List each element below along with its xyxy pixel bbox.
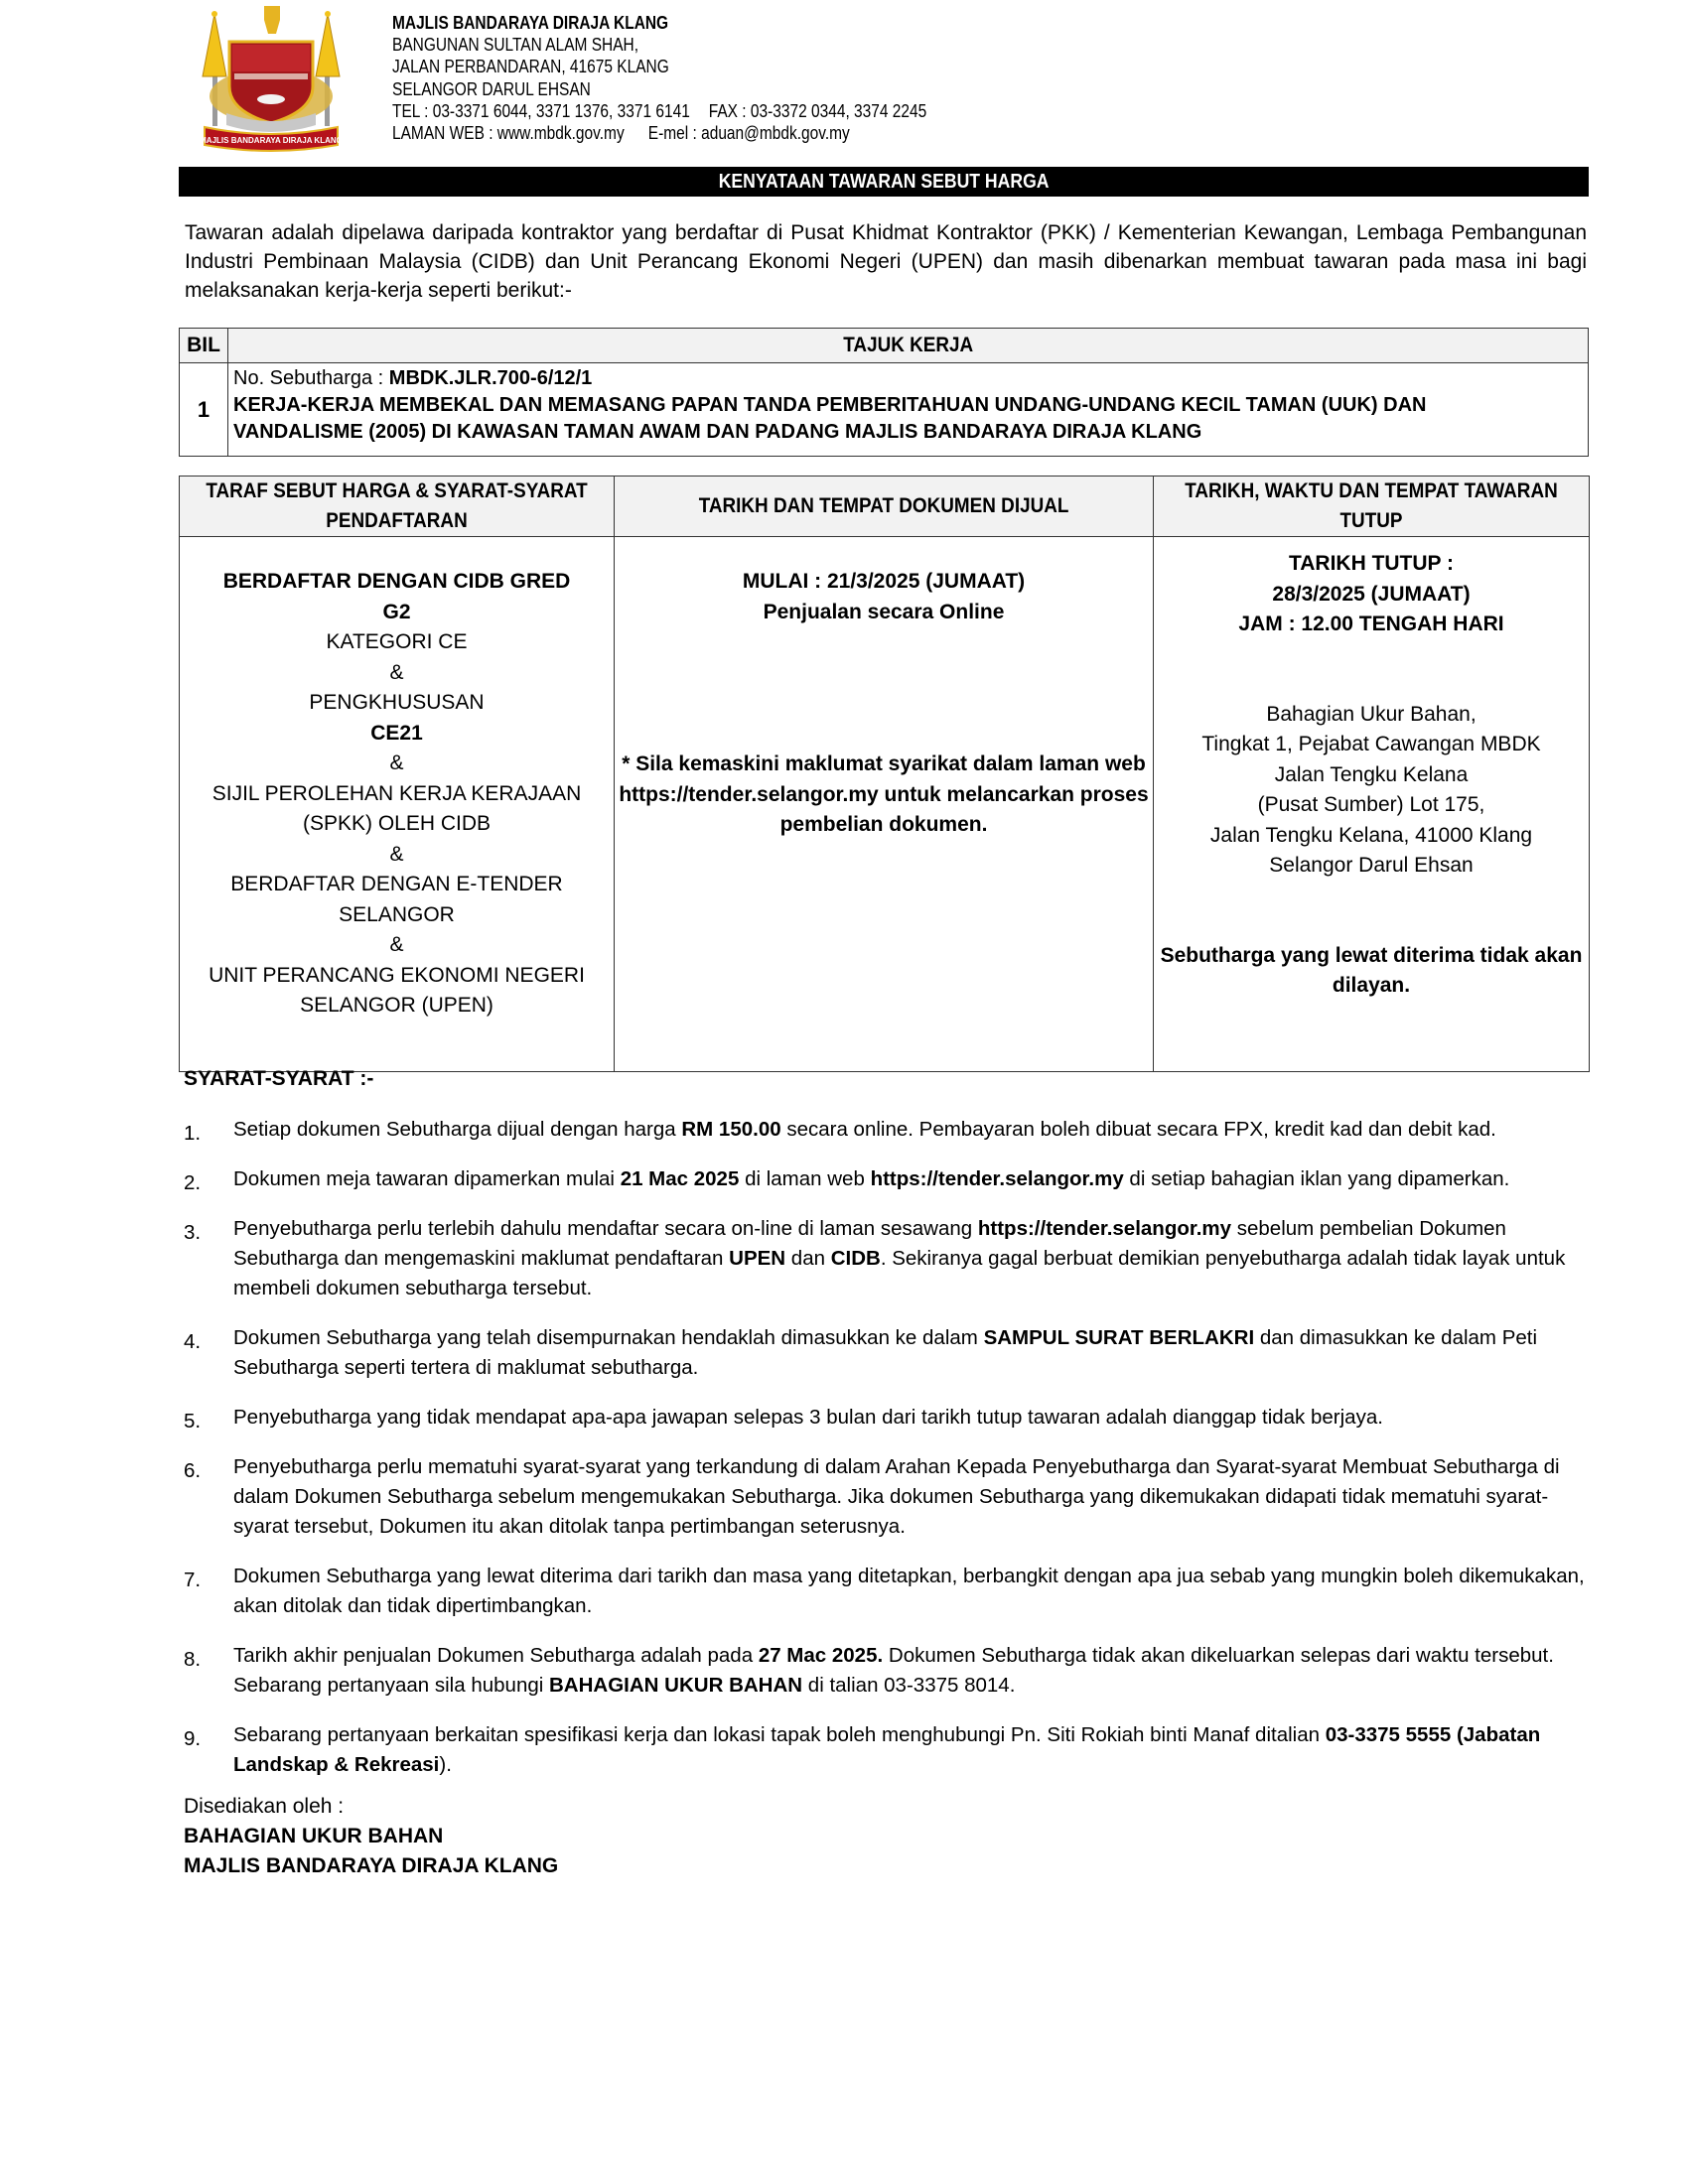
contact-phone-fax: TEL : 03-3371 6044, 3371 1376, 3371 6141…: [392, 100, 926, 122]
prepared-by-department: BAHAGIAN UKUR BAHAN: [184, 1822, 558, 1851]
fax: FAX : 03-3372 0344, 3374 2245: [709, 101, 926, 121]
table-row: 1 No. Sebutharga : MBDK.JLR.700-6/12/1 K…: [180, 363, 1589, 457]
category: KATEGORI CE: [180, 627, 614, 658]
letterhead: MAJLIS BANDARAYA DIRAJA KLANG BANGUNAN S…: [392, 12, 926, 144]
telephone: TEL : 03-3371 6044, 3371 1376, 3371 6141: [392, 101, 690, 121]
header-registration: TARAF SEBUT HARGA & SYARAT-SYARAT PENDAF…: [180, 477, 615, 537]
work-title-line-2: VANDALISME (2005) DI KAWASAN TAMAN AWAM …: [233, 421, 1201, 443]
condition-number: 6.: [184, 1456, 201, 1486]
details-table-header: TARAF SEBUT HARGA & SYARAT-SYARAT PENDAF…: [180, 477, 1590, 537]
closing-date: 28/3/2025 (JUMAAT): [1154, 580, 1589, 611]
condition-text: Setiap dokumen Sebutharga dijual dengan …: [233, 1115, 1589, 1145]
condition-number: 5.: [184, 1407, 201, 1436]
condition-item: 3.Penyebutharga perlu terlebih dahulu me…: [184, 1214, 1589, 1303]
condition-item: 6.Penyebutharga perlu mematuhi syarat-sy…: [184, 1452, 1589, 1542]
quotation-ref: No. Sebutharga : MBDK.JLR.700-6/12/1: [233, 365, 1584, 392]
tender-portal-link[interactable]: https://tender.selangor.my: [871, 1167, 1124, 1190]
condition-text: Penyebutharga yang tidak mendapat apa-ap…: [233, 1403, 1589, 1433]
header-bil: BIL: [180, 329, 228, 363]
condition-number: 7.: [184, 1566, 201, 1595]
closing-details: TARIKH TUTUP : 28/3/2025 (JUMAAT) JAM : …: [1154, 537, 1590, 1072]
org-name: MAJLIS BANDARAYA DIRAJA KLANG: [392, 12, 926, 34]
address-line-3: SELANGOR DARUL EHSAN: [392, 78, 926, 100]
header-tajuk-kerja: TAJUK KERJA: [228, 329, 1589, 363]
header-closing: TARIKH, WAKTU DAN TEMPAT TAWARAN TUTUP: [1154, 477, 1590, 537]
condition-number: 2.: [184, 1168, 201, 1198]
work-description: No. Sebutharga : MBDK.JLR.700-6/12/1 KER…: [228, 363, 1589, 457]
late-submission-note: Sebutharga yang lewat diterima tidak aka…: [1154, 941, 1589, 972]
condition-item: 7.Dokumen Sebutharga yang lewat diterima…: [184, 1562, 1589, 1621]
condition-number: 4.: [184, 1327, 201, 1357]
condition-number: 1.: [184, 1119, 201, 1149]
document-title: KENYATAAN TAWARAN SEBUT HARGA: [719, 167, 1050, 197]
cidb-grade: G2: [180, 598, 614, 628]
mbdk-crest-logo: MAJLIS BANDARAYA DIRAJA KLANG: [195, 2, 348, 153]
condition-item: 2.Dokumen meja tawaran dipamerkan mulai …: [184, 1164, 1589, 1194]
condition-item: 5.Penyebutharga yang tidak mendapat apa-…: [184, 1403, 1589, 1433]
specialisation-code: CE21: [180, 719, 614, 750]
condition-number: 3.: [184, 1218, 201, 1248]
sale-details: MULAI : 21/3/2025 (JUMAAT) Penjualan sec…: [615, 537, 1154, 1072]
table-row: BERDAFTAR DENGAN CIDB GRED G2 KATEGORI C…: [180, 537, 1590, 1072]
condition-text: Dokumen Sebutharga yang lewat diterima d…: [233, 1562, 1589, 1621]
website-link[interactable]: LAMAN WEB : www.mbdk.gov.my: [392, 123, 625, 143]
address-line-1: BANGUNAN SULTAN ALAM SHAH,: [392, 34, 926, 56]
sale-method: Penjualan secara Online: [615, 598, 1153, 628]
sale-start-date: MULAI : 21/3/2025 (JUMAAT): [615, 567, 1153, 598]
condition-item: 9.Sebarang pertanyaan berkaitan spesifik…: [184, 1720, 1589, 1780]
tender-portal-link[interactable]: https://tender.selangor.my: [978, 1217, 1231, 1240]
svg-text:MAJLIS BANDARAYA DIRAJA KLANG: MAJLIS BANDARAYA DIRAJA KLANG: [200, 136, 343, 145]
address-line-2: JALAN PERBANDARAN, 41675 KLANG: [392, 56, 926, 77]
condition-text: Dokumen Sebutharga yang telah disempurna…: [233, 1323, 1589, 1383]
document-title-bar: KENYATAAN TAWARAN SEBUT HARGA: [179, 167, 1589, 197]
prepared-by-label: Disediakan oleh :: [184, 1792, 558, 1822]
condition-text: Tarikh akhir penjualan Dokumen Sebutharg…: [233, 1641, 1589, 1701]
condition-item: 8.Tarikh akhir penjualan Dokumen Sebutha…: [184, 1641, 1589, 1701]
work-table-header: BIL TAJUK KERJA: [180, 329, 1589, 363]
tender-portal-link[interactable]: https://tender.selangor.my untuk melanca…: [615, 780, 1153, 811]
condition-text: Sebarang pertanyaan berkaitan spesifikas…: [233, 1720, 1589, 1780]
header-sale: TARIKH DAN TEMPAT DOKUMEN DIJUAL: [615, 477, 1154, 537]
crest-icon: MAJLIS BANDARAYA DIRAJA KLANG: [195, 2, 348, 153]
condition-item: 4.Dokumen Sebutharga yang telah disempur…: [184, 1323, 1589, 1383]
contact-web-email: LAMAN WEB : www.mbdk.gov.myE-mel : aduan…: [392, 122, 926, 144]
quotation-number: MBDK.JLR.700-6/12/1: [389, 367, 593, 389]
prepared-by: Disediakan oleh : BAHAGIAN UKUR BAHAN MA…: [184, 1792, 558, 1881]
conditions-section: SYARAT-SYARAT :- 1.Setiap dokumen Sebuth…: [184, 1065, 1589, 1800]
condition-text: Penyebutharga perlu mematuhi syarat-syar…: [233, 1452, 1589, 1542]
conditions-list: 1.Setiap dokumen Sebutharga dijual denga…: [184, 1115, 1589, 1780]
conditions-heading: SYARAT-SYARAT :-: [184, 1065, 1589, 1093]
condition-text: Penyebutharga perlu terlebih dahulu mend…: [233, 1214, 1589, 1303]
row-bil: 1: [180, 363, 228, 457]
condition-item: 1.Setiap dokumen Sebutharga dijual denga…: [184, 1115, 1589, 1145]
details-table: TARAF SEBUT HARGA & SYARAT-SYARAT PENDAF…: [179, 476, 1590, 1072]
intro-paragraph: Tawaran adalah dipelawa daripada kontrak…: [185, 218, 1587, 305]
condition-text: Dokumen meja tawaran dipamerkan mulai 21…: [233, 1164, 1589, 1194]
work-table: BIL TAJUK KERJA 1 No. Sebutharga : MBDK.…: [179, 328, 1589, 457]
condition-number: 9.: [184, 1724, 201, 1754]
work-title-line-1: KERJA-KERJA MEMBEKAL DAN MEMASANG PAPAN …: [233, 394, 1426, 416]
prepared-by-organisation: MAJLIS BANDARAYA DIRAJA KLANG: [184, 1851, 558, 1881]
closing-time: JAM : 12.00 TENGAH HARI: [1154, 610, 1589, 640]
condition-number: 8.: [184, 1645, 201, 1675]
registration-requirements: BERDAFTAR DENGAN CIDB GRED G2 KATEGORI C…: [180, 537, 615, 1072]
email-link[interactable]: E-mel : aduan@mbdk.gov.my: [648, 123, 850, 143]
intro-text: Tawaran adalah dipelawa daripada kontrak…: [185, 218, 1587, 305]
